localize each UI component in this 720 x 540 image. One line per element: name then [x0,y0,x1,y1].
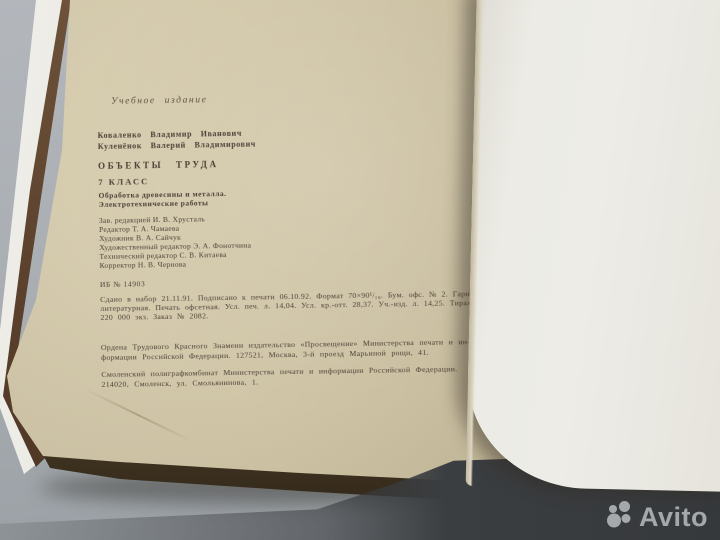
grade-line: 7 КЛАСС [98,177,149,187]
imprint-line: 220 000 экз. Заказ № 2082. [100,311,208,322]
staff-line: Корректор Н. В. Чернова [100,260,187,270]
watermark: Avito [606,501,708,533]
edition-note: Учебное издание [111,96,208,107]
printer-line: 214020, Смоленск, ул. Смольянинова, 1. [101,378,258,389]
ib-number: ИБ № 14903 [100,279,146,289]
watermark-label: Avito [639,502,708,533]
avito-logo-icon [606,501,633,533]
flyleaf-page [466,0,720,492]
book-photo: Учебное издание Коваленко Владимир Ивано… [0,0,720,540]
author-line: Коваленко Владимир Иванович [98,129,242,140]
book-title: ОБЪЕКТЫ ТРУДА [98,160,219,171]
printer-line: Смоленский полиграфкомбинат Министерства… [101,364,457,379]
subtitle-line: Электротехнические работы [99,198,209,209]
author-line: Куленёнок Валерий Владимирович [98,140,256,151]
